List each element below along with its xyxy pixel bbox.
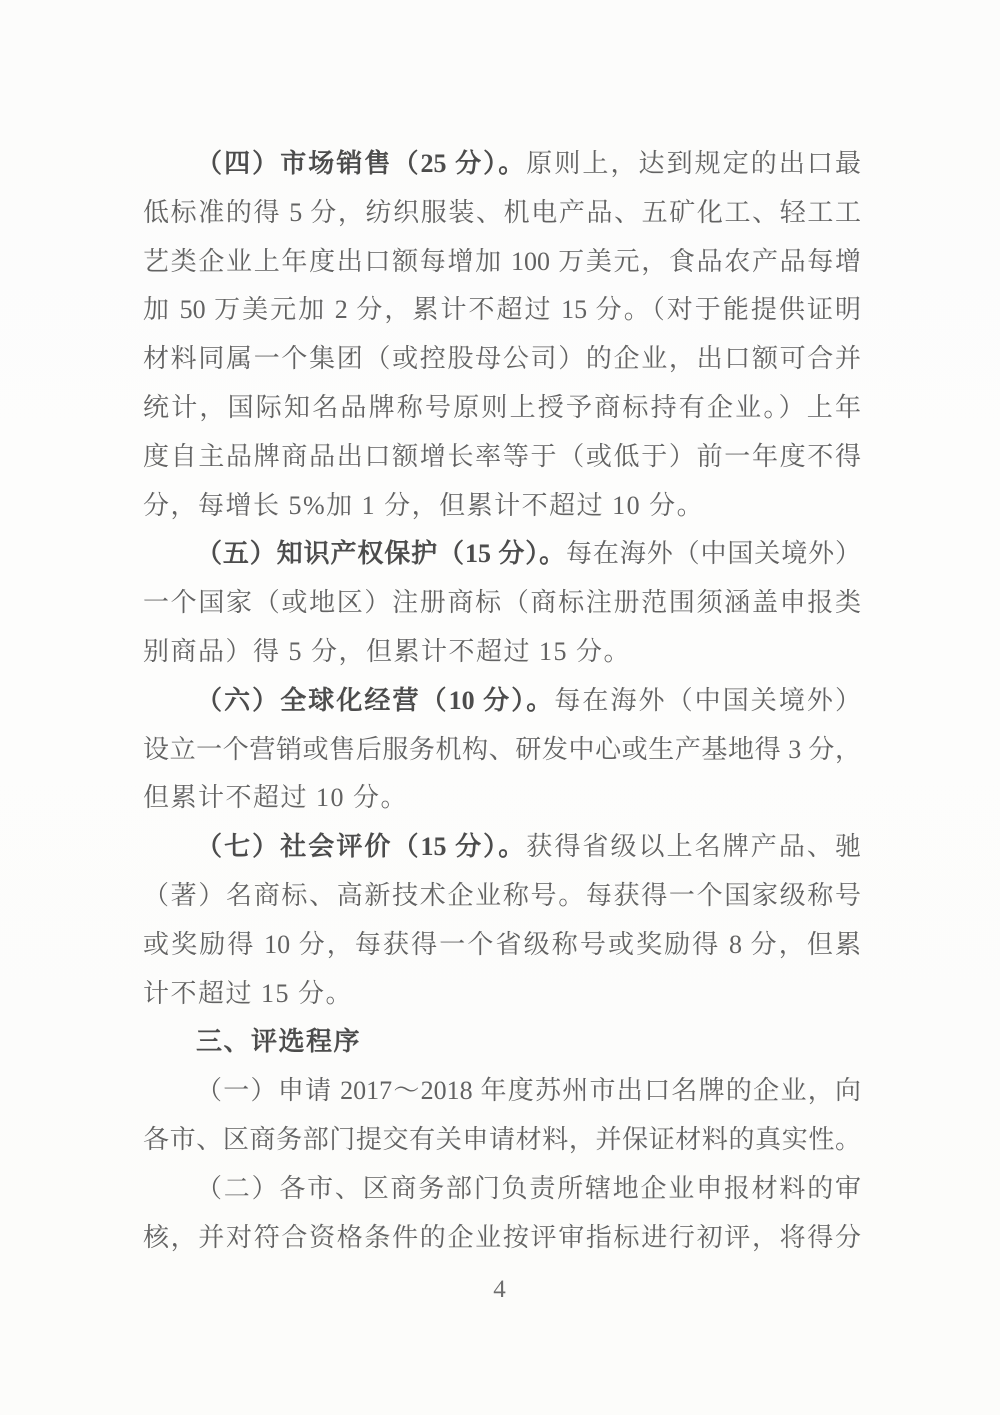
body-text: 度自主品牌商品出口额增长率等于（或低于）前一年度不得 xyxy=(143,442,861,471)
text-line: 统计，国际知名品牌称号原则上授予商标持有企业。）上年 xyxy=(143,384,861,433)
body-text: 低标准的得 5 分，纺织服装、机电产品、五矿化工、轻工工 xyxy=(143,198,861,227)
section-heading: （五）知识产权保护（15 分）。 xyxy=(196,539,566,568)
body-text: 每在海外（中国关境外） xyxy=(554,686,861,715)
text-line: （一）申请 2017～2018 年度苏州市出口名牌的企业，向 xyxy=(143,1067,861,1116)
body-text: 获得省级以上名牌产品、驰 xyxy=(526,832,861,861)
text-line: 设立一个营销或售后服务机构、研发中心或生产基地得 3 分， xyxy=(143,726,861,775)
text-line: （二）各市、区商务部门负责所辖地企业申报材料的审 xyxy=(143,1165,861,1214)
body-text: 加 50 万美元加 2 分，累计不超过 15 分。（对于能提供证明 xyxy=(143,295,861,324)
document-page: （四）市场销售（25 分）。原则上，达到规定的出口最低标准的得 5 分，纺织服装… xyxy=(0,0,1000,1415)
text-line: （五）知识产权保护（15 分）。每在海外（中国关境外） xyxy=(143,530,861,579)
text-line: 核，并对符合资格条件的企业按评审指标进行初评，将得分 xyxy=(143,1214,861,1263)
body-text: 或奖励得 10 分，每获得一个省级称号或奖励得 8 分，但累 xyxy=(143,930,861,959)
body-text: 核，并对符合资格条件的企业按评审指标进行初评，将得分 xyxy=(143,1223,861,1252)
text-line: 度自主品牌商品出口额增长率等于（或低于）前一年度不得 xyxy=(143,433,861,482)
body-text: 原则上，达到规定的出口最 xyxy=(526,149,861,178)
text-line: 或奖励得 10 分，每获得一个省级称号或奖励得 8 分，但累 xyxy=(143,921,861,970)
document-body: （四）市场销售（25 分）。原则上，达到规定的出口最低标准的得 5 分，纺织服装… xyxy=(143,140,861,1262)
text-line: 但累计不超过 10 分。 xyxy=(143,774,861,823)
body-text: 材料同属一个集团（或控股母公司）的企业，出口额可合并 xyxy=(143,344,861,373)
section-heading: （六）全球化经营（10 分）。 xyxy=(196,686,554,715)
body-text: 统计，国际知名品牌称号原则上授予商标持有企业。）上年 xyxy=(143,393,861,422)
body-text: 艺类企业上年度出口额每增加 100 万美元，食品农产品每增 xyxy=(143,247,861,276)
text-line: 艺类企业上年度出口额每增加 100 万美元，食品农产品每增 xyxy=(143,238,861,287)
body-text: 各市、区商务部门提交有关申请材料，并保证材料的真实性。 xyxy=(143,1125,861,1154)
body-text: （著）名商标、高新技术企业称号。每获得一个国家级称号 xyxy=(143,881,861,910)
text-line: （著）名商标、高新技术企业称号。每获得一个国家级称号 xyxy=(143,872,861,921)
body-text: （一）申请 2017～2018 年度苏州市出口名牌的企业，向 xyxy=(196,1076,861,1105)
body-text: 一个国家（或地区）注册商标（商标注册范围须涵盖申报类 xyxy=(143,588,861,617)
body-text: 但累计不超过 10 分。 xyxy=(143,783,408,812)
text-line: 别商品）得 5 分，但累计不超过 15 分。 xyxy=(143,628,861,677)
body-text: （二）各市、区商务部门负责所辖地企业申报材料的审 xyxy=(196,1174,861,1203)
text-line: （四）市场销售（25 分）。原则上，达到规定的出口最 xyxy=(143,140,861,189)
text-line: 加 50 万美元加 2 分，累计不超过 15 分。（对于能提供证明 xyxy=(143,286,861,335)
body-text: 每在海外（中国关境外） xyxy=(566,539,861,568)
body-text: 分，每增长 5%加 1 分，但累计不超过 10 分。 xyxy=(143,491,704,520)
text-line: （七）社会评价（15 分）。获得省级以上名牌产品、驰 xyxy=(143,823,861,872)
text-line: 低标准的得 5 分，纺织服装、机电产品、五矿化工、轻工工 xyxy=(143,189,861,238)
text-line: 计不超过 15 分。 xyxy=(143,970,861,1019)
text-line: 各市、区商务部门提交有关申请材料，并保证材料的真实性。 xyxy=(143,1116,861,1165)
section-heading: 三、评选程序 xyxy=(196,1027,361,1056)
body-text: 别商品）得 5 分，但累计不超过 15 分。 xyxy=(143,637,631,666)
body-text: 设立一个营销或售后服务机构、研发中心或生产基地得 3 分， xyxy=(143,735,861,764)
text-line: 材料同属一个集团（或控股母公司）的企业，出口额可合并 xyxy=(143,335,861,384)
text-line: 三、评选程序 xyxy=(143,1018,861,1067)
section-heading: （四）市场销售（25 分）。 xyxy=(196,149,526,178)
text-line: 一个国家（或地区）注册商标（商标注册范围须涵盖申报类 xyxy=(143,579,861,628)
body-text: 计不超过 15 分。 xyxy=(143,979,353,1008)
text-line: 分，每增长 5%加 1 分，但累计不超过 10 分。 xyxy=(143,482,861,531)
section-heading: （七）社会评价（15 分）。 xyxy=(196,832,526,861)
page-number: 4 xyxy=(0,1276,1000,1304)
text-line: （六）全球化经营（10 分）。每在海外（中国关境外） xyxy=(143,677,861,726)
